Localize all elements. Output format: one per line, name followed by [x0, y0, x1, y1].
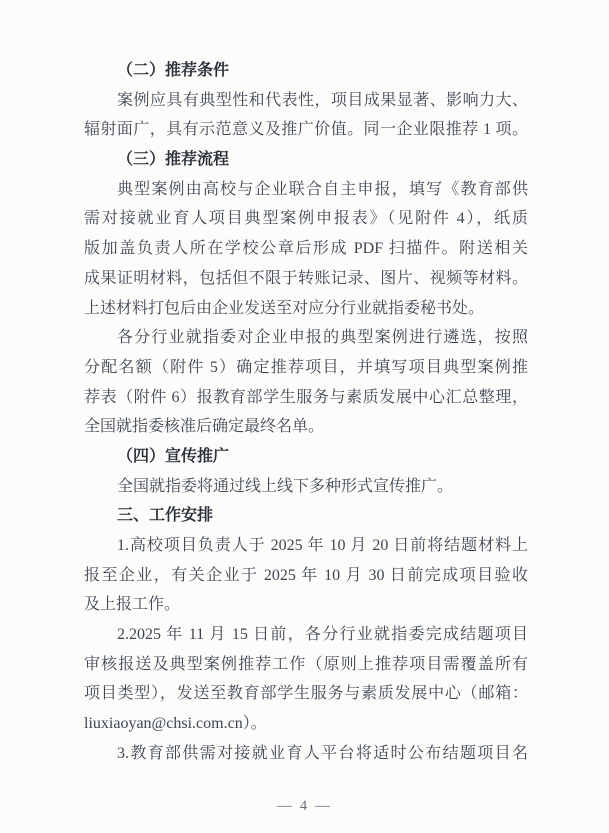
paragraph-line: 1.高校项目负责人于 2025 年 10 月 20 日前将结题材料上	[84, 531, 528, 561]
paragraph-line: 分配名额（附件 5）确定推荐项目，并填写项目典型案例推	[84, 353, 528, 383]
paragraph-line: 案例应具有典型性和代表性，项目成果显著、影响力大、	[84, 86, 528, 116]
paragraph-line: 2.2025 年 11 月 15 日前，各分行业就指委完成结题项目	[84, 620, 528, 650]
paragraph-line: 上述材料打包后由企业发送至对应分行业就指委秘书处。	[84, 294, 528, 324]
paragraph-line: 荐表（附件 6）报教育部学生服务与素质发展中心汇总整理，	[84, 383, 528, 413]
paragraph-line: 全国就指委核准后确定最终名单。	[84, 412, 528, 442]
section-heading-recommend-conditions: （二）推荐条件	[84, 56, 528, 86]
paragraph-line: 成果证明材料，包括但不限于转账记录、图片、视频等材料。	[84, 264, 528, 294]
section-heading-work-arrangement: 三、工作安排	[84, 501, 528, 531]
section-heading-recommend-process: （三）推荐流程	[84, 145, 528, 175]
paragraph-line: 3.教育部供需对接就业育人平台将适时公布结题项目名	[84, 739, 528, 769]
document-page: （二）推荐条件 案例应具有典型性和代表性，项目成果显著、影响力大、 辐射面广，具…	[0, 0, 609, 833]
paragraph-line: 全国就指委将通过线上线下多种形式宣传推广。	[84, 472, 528, 502]
paragraph-line: 需对接就业育人项目典型案例申报表》（见附件 4），纸质	[84, 204, 528, 234]
paragraph-line: 典型案例由高校与企业联合自主申报，填写《教育部供	[84, 175, 528, 205]
paragraph-line: 审核报送及典型案例推荐工作（原则上推荐项目需覆盖所有	[84, 650, 528, 680]
paragraph-line: 及上报工作。	[84, 590, 528, 620]
page-number: — 4 —	[0, 798, 609, 815]
paragraph-line: 各分行业就指委对企业申报的典型案例进行遴选，按照	[84, 323, 528, 353]
paragraph-line: 报至企业，有关企业于 2025 年 10 月 30 日前完成项目验收	[84, 561, 528, 591]
paragraph-line-email: liuxiaoyan@chsi.com.cn）。	[84, 709, 528, 739]
document-text-column: （二）推荐条件 案例应具有典型性和代表性，项目成果显著、影响力大、 辐射面广，具…	[84, 56, 528, 769]
section-heading-promotion: （四）宣传推广	[84, 442, 528, 472]
paragraph-line: 版加盖负责人所在学校公章后形成 PDF 扫描件。附送相关	[84, 234, 528, 264]
paragraph-line: 辐射面广，具有示范意义及推广价值。同一企业限推荐 1 项。	[84, 115, 528, 145]
paragraph-line: 项目类型），发送至教育部学生服务与素质发展中心（邮箱：	[84, 679, 528, 709]
